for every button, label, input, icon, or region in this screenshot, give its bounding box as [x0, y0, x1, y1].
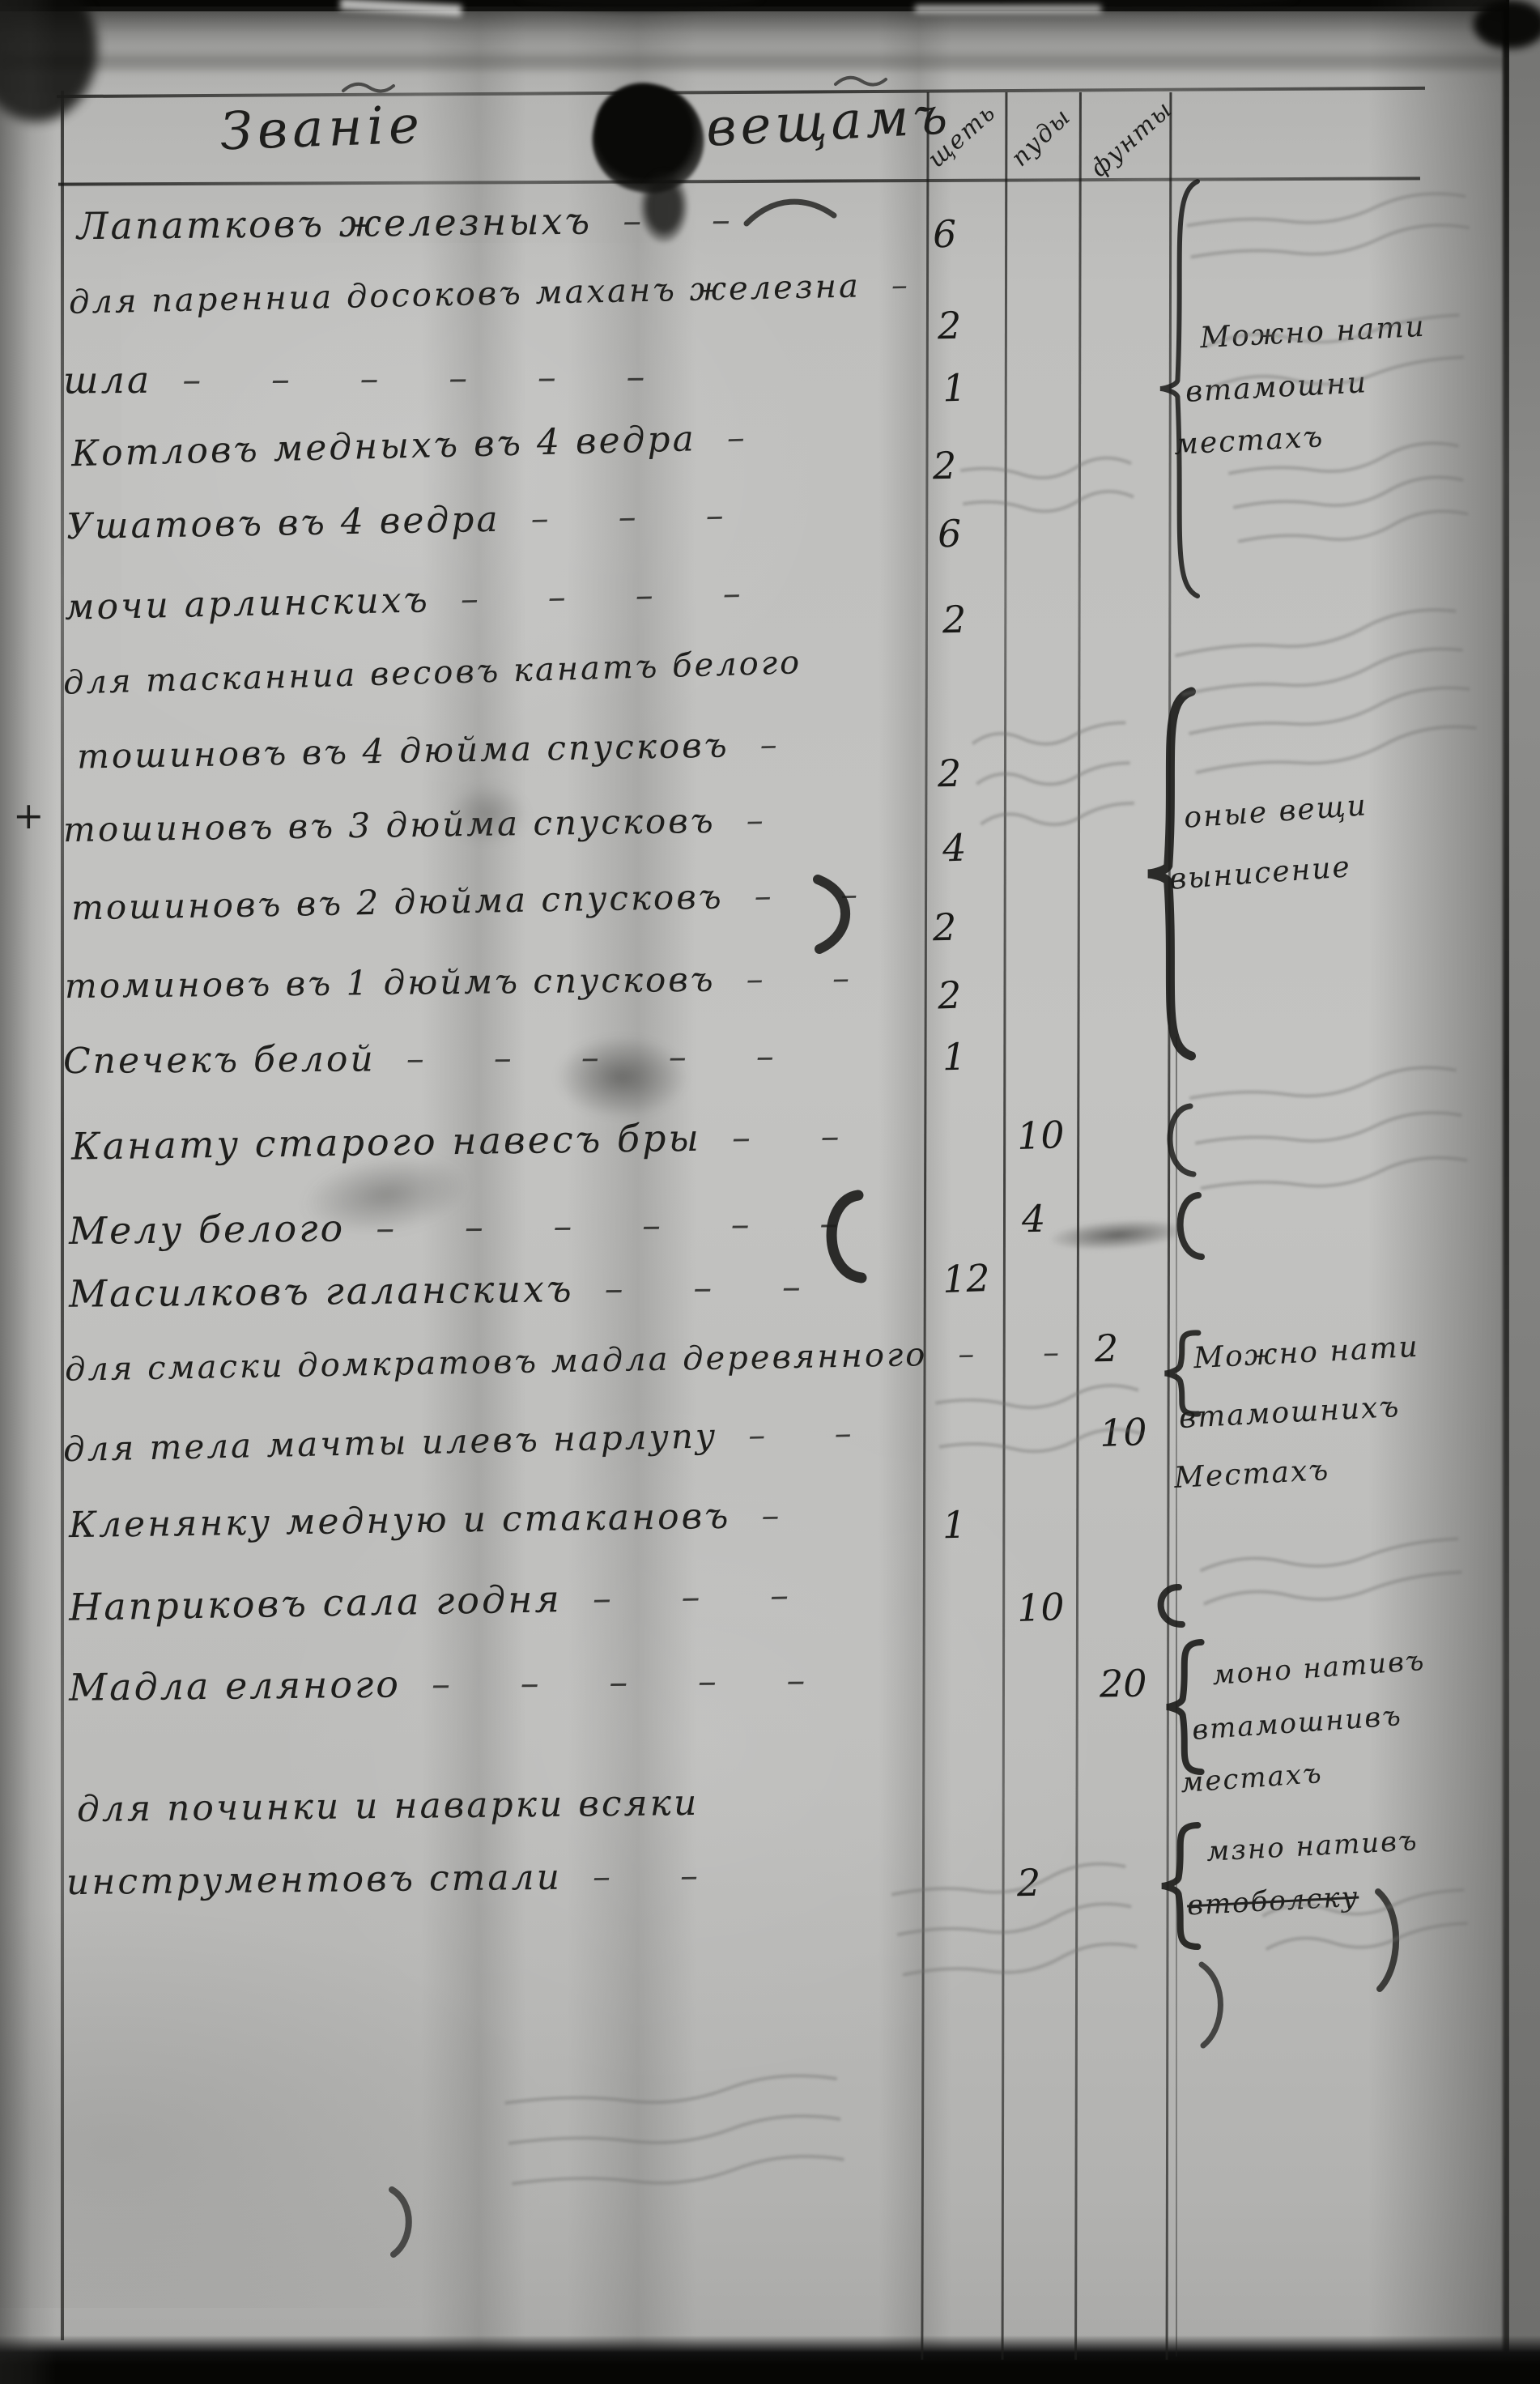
bleed-through-ghost	[1181, 1043, 1476, 1226]
bleed-through-ghost	[1179, 177, 1477, 284]
flourish-mark	[811, 875, 860, 954]
bleed-through-ghost	[883, 1842, 1146, 2009]
brace-mark	[1158, 1820, 1205, 1952]
curl-mark	[1150, 1581, 1187, 1631]
bleed-through-ghost	[1193, 1523, 1471, 1628]
bleed-through-ghost	[1166, 587, 1487, 806]
brace-mark	[1161, 1328, 1205, 1419]
titlo-mark	[832, 71, 889, 89]
bleed-through-ghost	[1220, 425, 1477, 571]
flourish-mark	[816, 1189, 866, 1284]
flourish-mark	[385, 2185, 418, 2259]
ink-smudge	[557, 1037, 687, 1117]
flourish-mark	[1195, 1960, 1231, 2050]
bleed-through-ghost	[497, 2054, 852, 2217]
bleed-through-ghost	[1256, 1874, 1477, 1973]
bleed-through-ghost	[927, 1364, 1150, 1484]
bleed-through-ghost	[965, 703, 1144, 854]
scanned-ledger-page: Званiе вещамъ щеть пуды фунты + Лапатков…	[0, 0, 1540, 2384]
ink-smudge	[447, 784, 528, 844]
bleed-through-ghost	[1198, 294, 1474, 419]
ink-decorations-layer	[0, 0, 1540, 2384]
titlo-mark	[340, 78, 397, 96]
brace-mark	[1163, 1637, 1208, 1777]
flourish-mark	[742, 191, 839, 232]
bleed-through-ghost	[953, 443, 1140, 532]
